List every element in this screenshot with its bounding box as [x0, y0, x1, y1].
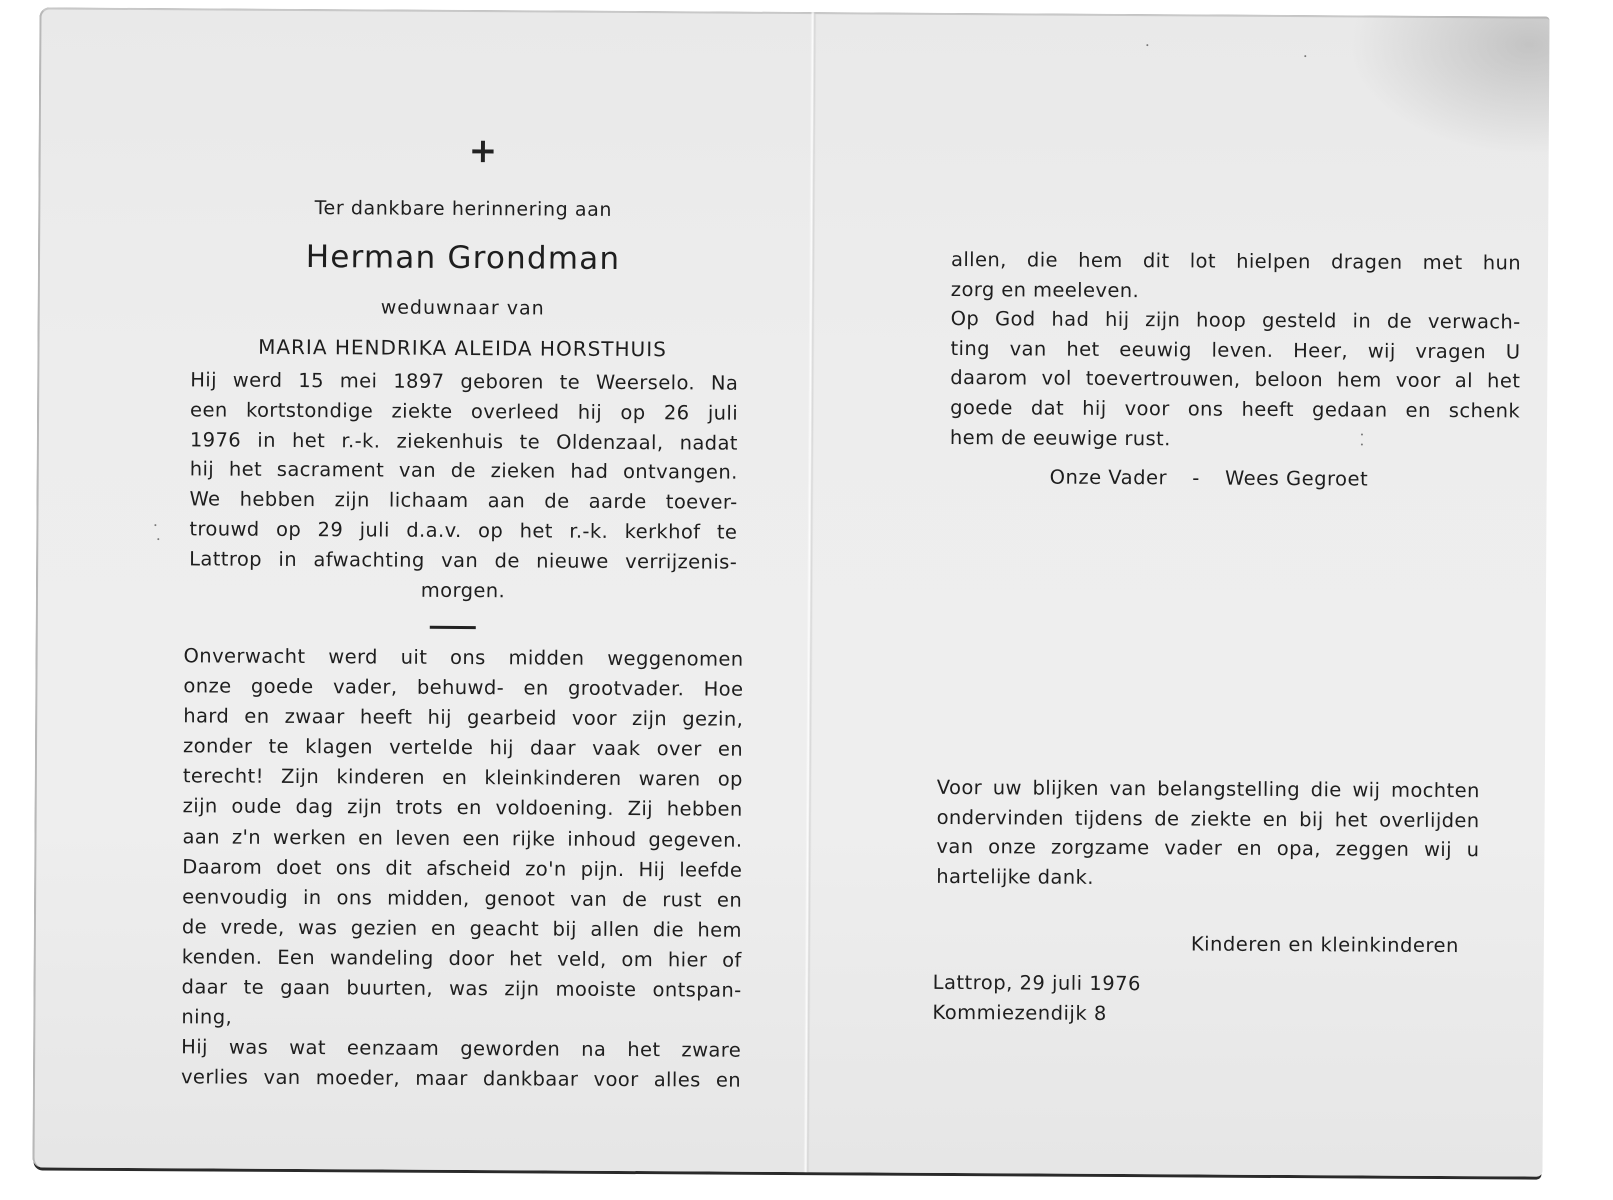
prayers-list: Onze Vader-Wees Gegroet [1050, 466, 1369, 491]
memorial-card: + Ter dankbare herinnering aan Herman Gr… [32, 7, 1549, 1176]
left-page: + Ter dankbare herinnering aan Herman Gr… [32, 7, 810, 1172]
section-divider [430, 626, 476, 629]
tribute-line: daar te gaan buurten, was zijn mooiste o… [181, 972, 741, 1006]
biography-line: 1976 in het r.-k. ziekenhuis te Oldenzaa… [190, 425, 738, 458]
paper-speck [157, 538, 159, 540]
biography-line: hij het sacrament van de zieken had ontv… [190, 455, 738, 488]
biography-line: Hij werd 15 mei 1897 geboren te Weerselo… [190, 365, 738, 398]
biography-line: een kortstondige ziekte overleed hij op … [190, 395, 738, 428]
prayer-text: allen, die hem dit lot hielpen dragen me… [950, 245, 1521, 456]
prayer-line: goede dat hij voor ons heeft gedaan en s… [950, 393, 1520, 426]
right-page: allen, die hem dit lot hielpen dragen me… [809, 12, 1549, 1176]
signature: Kinderen en kleinkinderen [1191, 932, 1459, 957]
paper-speck [1146, 44, 1148, 46]
widow-of-label: weduwnaar van [168, 295, 758, 321]
prayer-line: hem de eeuwige rust. [950, 423, 1520, 456]
biography: Hij werd 15 mei 1897 geboren te Weerselo… [189, 365, 738, 607]
spouse-name: MARIA HENDRIKA ALEIDA HORSTHUIS [167, 334, 757, 362]
prayer-our-father: Onze Vader [1050, 466, 1167, 490]
paper-speck [1361, 443, 1363, 445]
tribute-line: verlies van moeder, maar dankbaar voor a… [181, 1063, 741, 1097]
thanks-line: ondervinden tijdens de ziekte en bij het… [937, 802, 1480, 835]
tribute-line: hard en zwaar heeft hij gearbeid voor zi… [183, 701, 743, 735]
tribute-line: terecht! Zijn kinderen en kleinkinderen … [183, 762, 743, 796]
thanks-line: Voor uw blijken van belangstelling die w… [937, 773, 1480, 806]
tribute-line: ning, [181, 1002, 741, 1036]
prayer-separator: - [1167, 466, 1225, 489]
tribute-line: zijn oude dag zijn trots en voldoening. … [183, 792, 743, 826]
biography-line: morgen. [189, 574, 737, 607]
tribute-line: onze goede vader, behuwd- en grootvader.… [183, 671, 743, 705]
intro-text: Ter dankbare herinnering aan [168, 196, 758, 222]
biography-line: Lattrop in afwachting van de nieuwe verr… [189, 544, 737, 577]
prayer-hail-mary: Wees Gegroet [1225, 467, 1368, 491]
prayer-line: ting van het eeuwig leven. Heer, wij vra… [950, 334, 1520, 367]
tribute-line: zonder te klagen vertelde hij daar vaak … [183, 732, 743, 766]
thanks-line: van onze zorgzame vader en opa, zeggen w… [936, 832, 1479, 865]
tribute: Onverwacht werd uit ons midden weggenome… [181, 641, 744, 1096]
tribute-line: aan z'n werken en leven een rijke inhoud… [182, 822, 742, 856]
tribute-line: kenden. Een wandeling door het veld, om … [182, 942, 742, 976]
paper-speck [1304, 55, 1306, 57]
thanks-line: hartelijke dank. [936, 862, 1479, 895]
prayer-line: allen, die hem dit lot hielpen dragen me… [951, 245, 1521, 278]
place-date: Lattrop, 29 juli 1976 [933, 971, 1141, 995]
tribute-line: de vrede, was gezien en geacht bij allen… [182, 912, 742, 946]
tribute-line: eenvoudig in ons midden, genoot van de r… [182, 882, 742, 916]
paper-speck [154, 524, 156, 526]
prayer-line: daarom vol toevertrouwen, beloon hem voo… [950, 363, 1520, 396]
cross-icon: + [469, 134, 498, 168]
biography-line: We hebben zijn lichaam aan de aarde toev… [189, 485, 737, 518]
paper-speck [1361, 433, 1363, 435]
deceased-name: Herman Grondman [168, 238, 758, 278]
address: Kommiezendijk 8 [932, 1001, 1106, 1025]
prayer-line: zorg en meeleven. [951, 275, 1521, 308]
thanks-text: Voor uw blijken van belangstelling die w… [936, 773, 1480, 895]
tribute-line: Daarom doet ons dit afscheid zo'n pijn. … [182, 852, 742, 886]
tribute-line: Onverwacht werd uit ons midden weggenome… [184, 641, 744, 675]
biography-line: trouwd op 29 juli d.a.v. op het r.-k. ke… [189, 514, 737, 547]
tribute-line: Hij was wat eenzaam geworden na het zwar… [181, 1033, 741, 1067]
prayer-line: Op God had hij zijn hoop gesteld in de v… [951, 304, 1521, 337]
